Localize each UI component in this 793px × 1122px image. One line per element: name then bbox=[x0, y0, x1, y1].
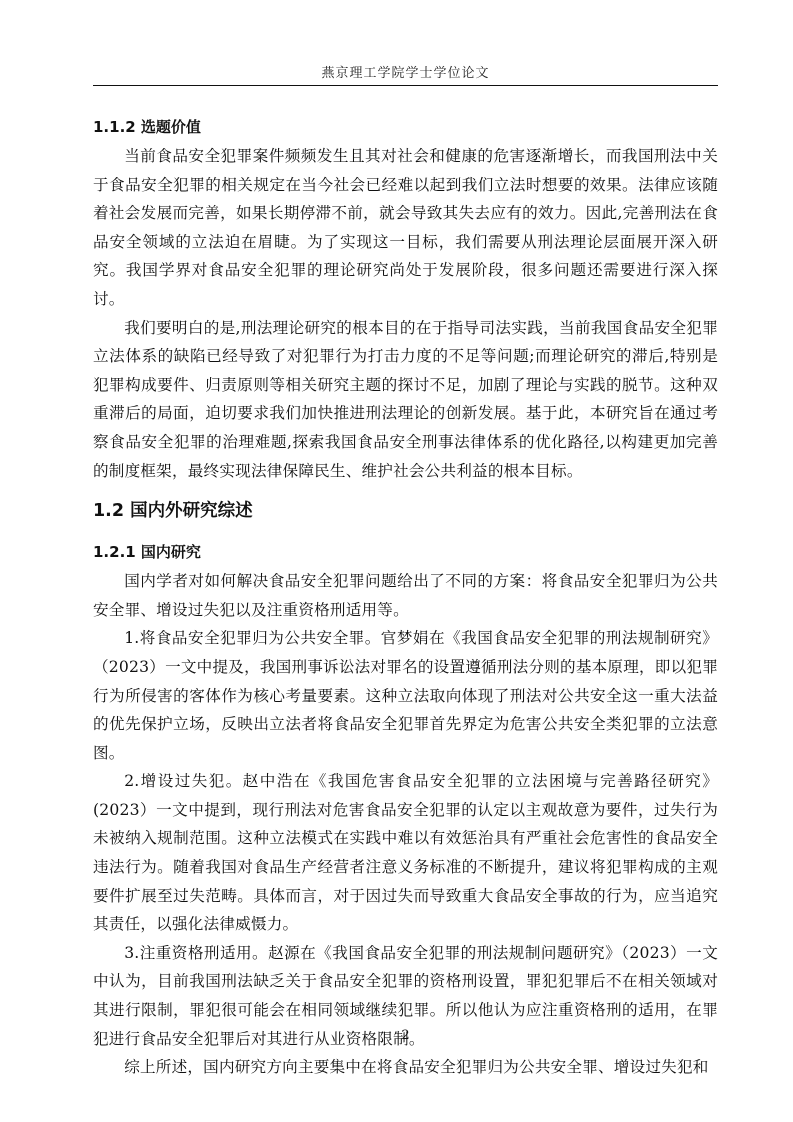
paragraph: 1.将食品安全犯罪归为公共安全罪。官梦娟在《我国食品安全犯罪的刑法规制研究》（2… bbox=[93, 624, 718, 767]
running-header: 燕京理工学院学士学位论文 bbox=[93, 62, 718, 81]
header-rule bbox=[93, 85, 718, 86]
page-number: 2 bbox=[93, 1028, 718, 1043]
paragraph: 当前食品安全犯罪案件频频发生且其对社会和健康的危害逐渐增长，而我国刑法中关于食品… bbox=[93, 142, 718, 314]
paragraph: 综上所述，国内研究方向主要集中在将食品安全犯罪归为公共安全罪、增设过失犯和 bbox=[93, 1053, 718, 1082]
section-heading-1-2: 1.2 国内外研究综述 bbox=[93, 489, 718, 533]
section-heading-1-1-2: 1.1.2 选题价值 bbox=[93, 112, 718, 142]
section-heading-1-2-1: 1.2.1 国内研究 bbox=[93, 537, 718, 567]
paragraph: 我们要明白的是,刑法理论研究的根本目的在于指导司法实践，当前我国食品安全犯罪立法… bbox=[93, 314, 718, 486]
paragraph: 国内学者对如何解决食品安全犯罪问题给出了不同的方案：将食品安全犯罪归为公共安全罪… bbox=[93, 567, 718, 624]
page-body: 1.1.2 选题价值 当前食品安全犯罪案件频频发生且其对社会和健康的危害逐渐增长… bbox=[93, 112, 718, 1082]
paragraph: 2.增设过失犯。赵中浩在《我国危害食品安全犯罪的立法困境与完善路径研究》(202… bbox=[93, 767, 718, 939]
